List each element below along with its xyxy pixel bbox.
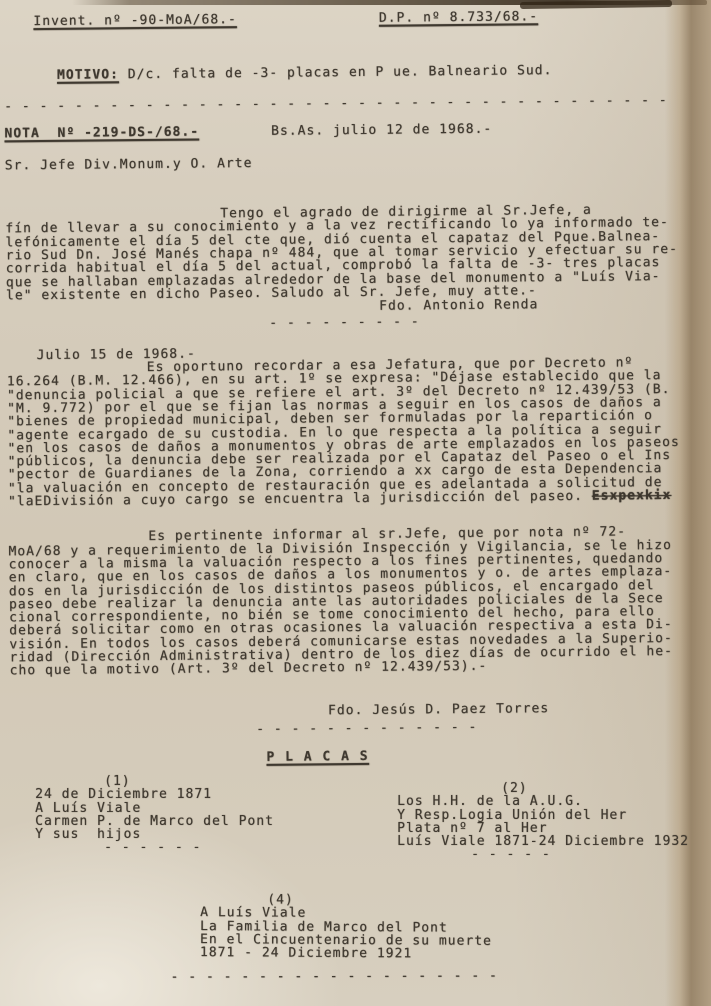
nota-date: Bs.As. julio 12 de 1968.- (271, 123, 492, 138)
header-row: Invent. nº -90-MoA/68.- D.P. nº 8.733/68… (3, 9, 694, 29)
addressee-line: Sr. Jefe Div.Monum.y O. Arte (5, 152, 696, 172)
body-paragraph-3: Es pertinente informar al sr.Jefe, que p… (8, 525, 700, 678)
inventory-number: Invent. nº -90-MoA/68.- (33, 13, 237, 28)
signature-paez-torres: Fdo. Jesús D. Paez Torres (10, 700, 701, 720)
motivo-label: MOTIVO: (57, 67, 119, 83)
placas-list: (1) 24 de Diciembre 1871 A Luís Viale Ca… (11, 775, 702, 875)
placa-1-text: 24 de Diciembre 1871 A Luís Viale Carmen… (11, 789, 274, 842)
file-number: D.P. nº 8.733/68.- (379, 10, 538, 25)
placa-4-text: A Luís Viale La Familia de Marco del Pon… (12, 906, 703, 963)
placa-1-separator: - - - - - - (11, 842, 274, 855)
body-paragraph-2: Es oportuno recordar a esa Jefatura, que… (7, 356, 699, 509)
nota-row: NOTA Nº -219-DS-/68.- Bs.As. julio 12 de… (4, 121, 695, 141)
struck-out-word: Esxpexkix (592, 488, 672, 504)
separator-after-paez: - - - - - - - - - - - - - (10, 719, 701, 739)
paragraph-2-text: Es oportuno recordar a esa Jefatura, que… (7, 355, 680, 509)
separator-after-renda: - - - - - - - - - (6, 313, 697, 333)
motivo-text: D/c. falta de -3- placas en P ue. Balnea… (119, 63, 553, 82)
placa-1-block: (1) 24 de Diciembre 1871 A Luís Viale Ca… (11, 775, 274, 855)
typewritten-content: Invent. nº -90-MoA/68.- D.P. nº 8.733/68… (0, 0, 711, 1006)
nota-number: NOTA Nº -219-DS-/68.- (4, 126, 199, 141)
body-paragraph-1: Tengo el agrado de dirigirme al Sr.Jefe,… (5, 203, 697, 303)
document-page: Invent. nº -90-MoA/68.- D.P. nº 8.733/68… (0, 0, 711, 1006)
placa-2-block: (2) Los H.H. de la A.U.G. Y Resp.Logia U… (391, 782, 689, 862)
motivo-line: MOTIVO: D/c. falta de -3- placas en P ue… (4, 49, 695, 96)
placa-2-separator: - - - - - (391, 849, 689, 862)
separator-full-width: - - - - - - - - - - - - - - - - - - - - … (4, 94, 695, 114)
placas-title: P L A C A S (10, 747, 701, 767)
placa-4-block: (4) A Luís Viale La Familia de Marco del… (12, 892, 703, 963)
placa-2-text: Los H.H. de la A.U.G. Y Resp.Logia Unión… (391, 796, 689, 849)
final-separator: - - - - - - - - - - - - - - - - - - - (13, 969, 704, 985)
